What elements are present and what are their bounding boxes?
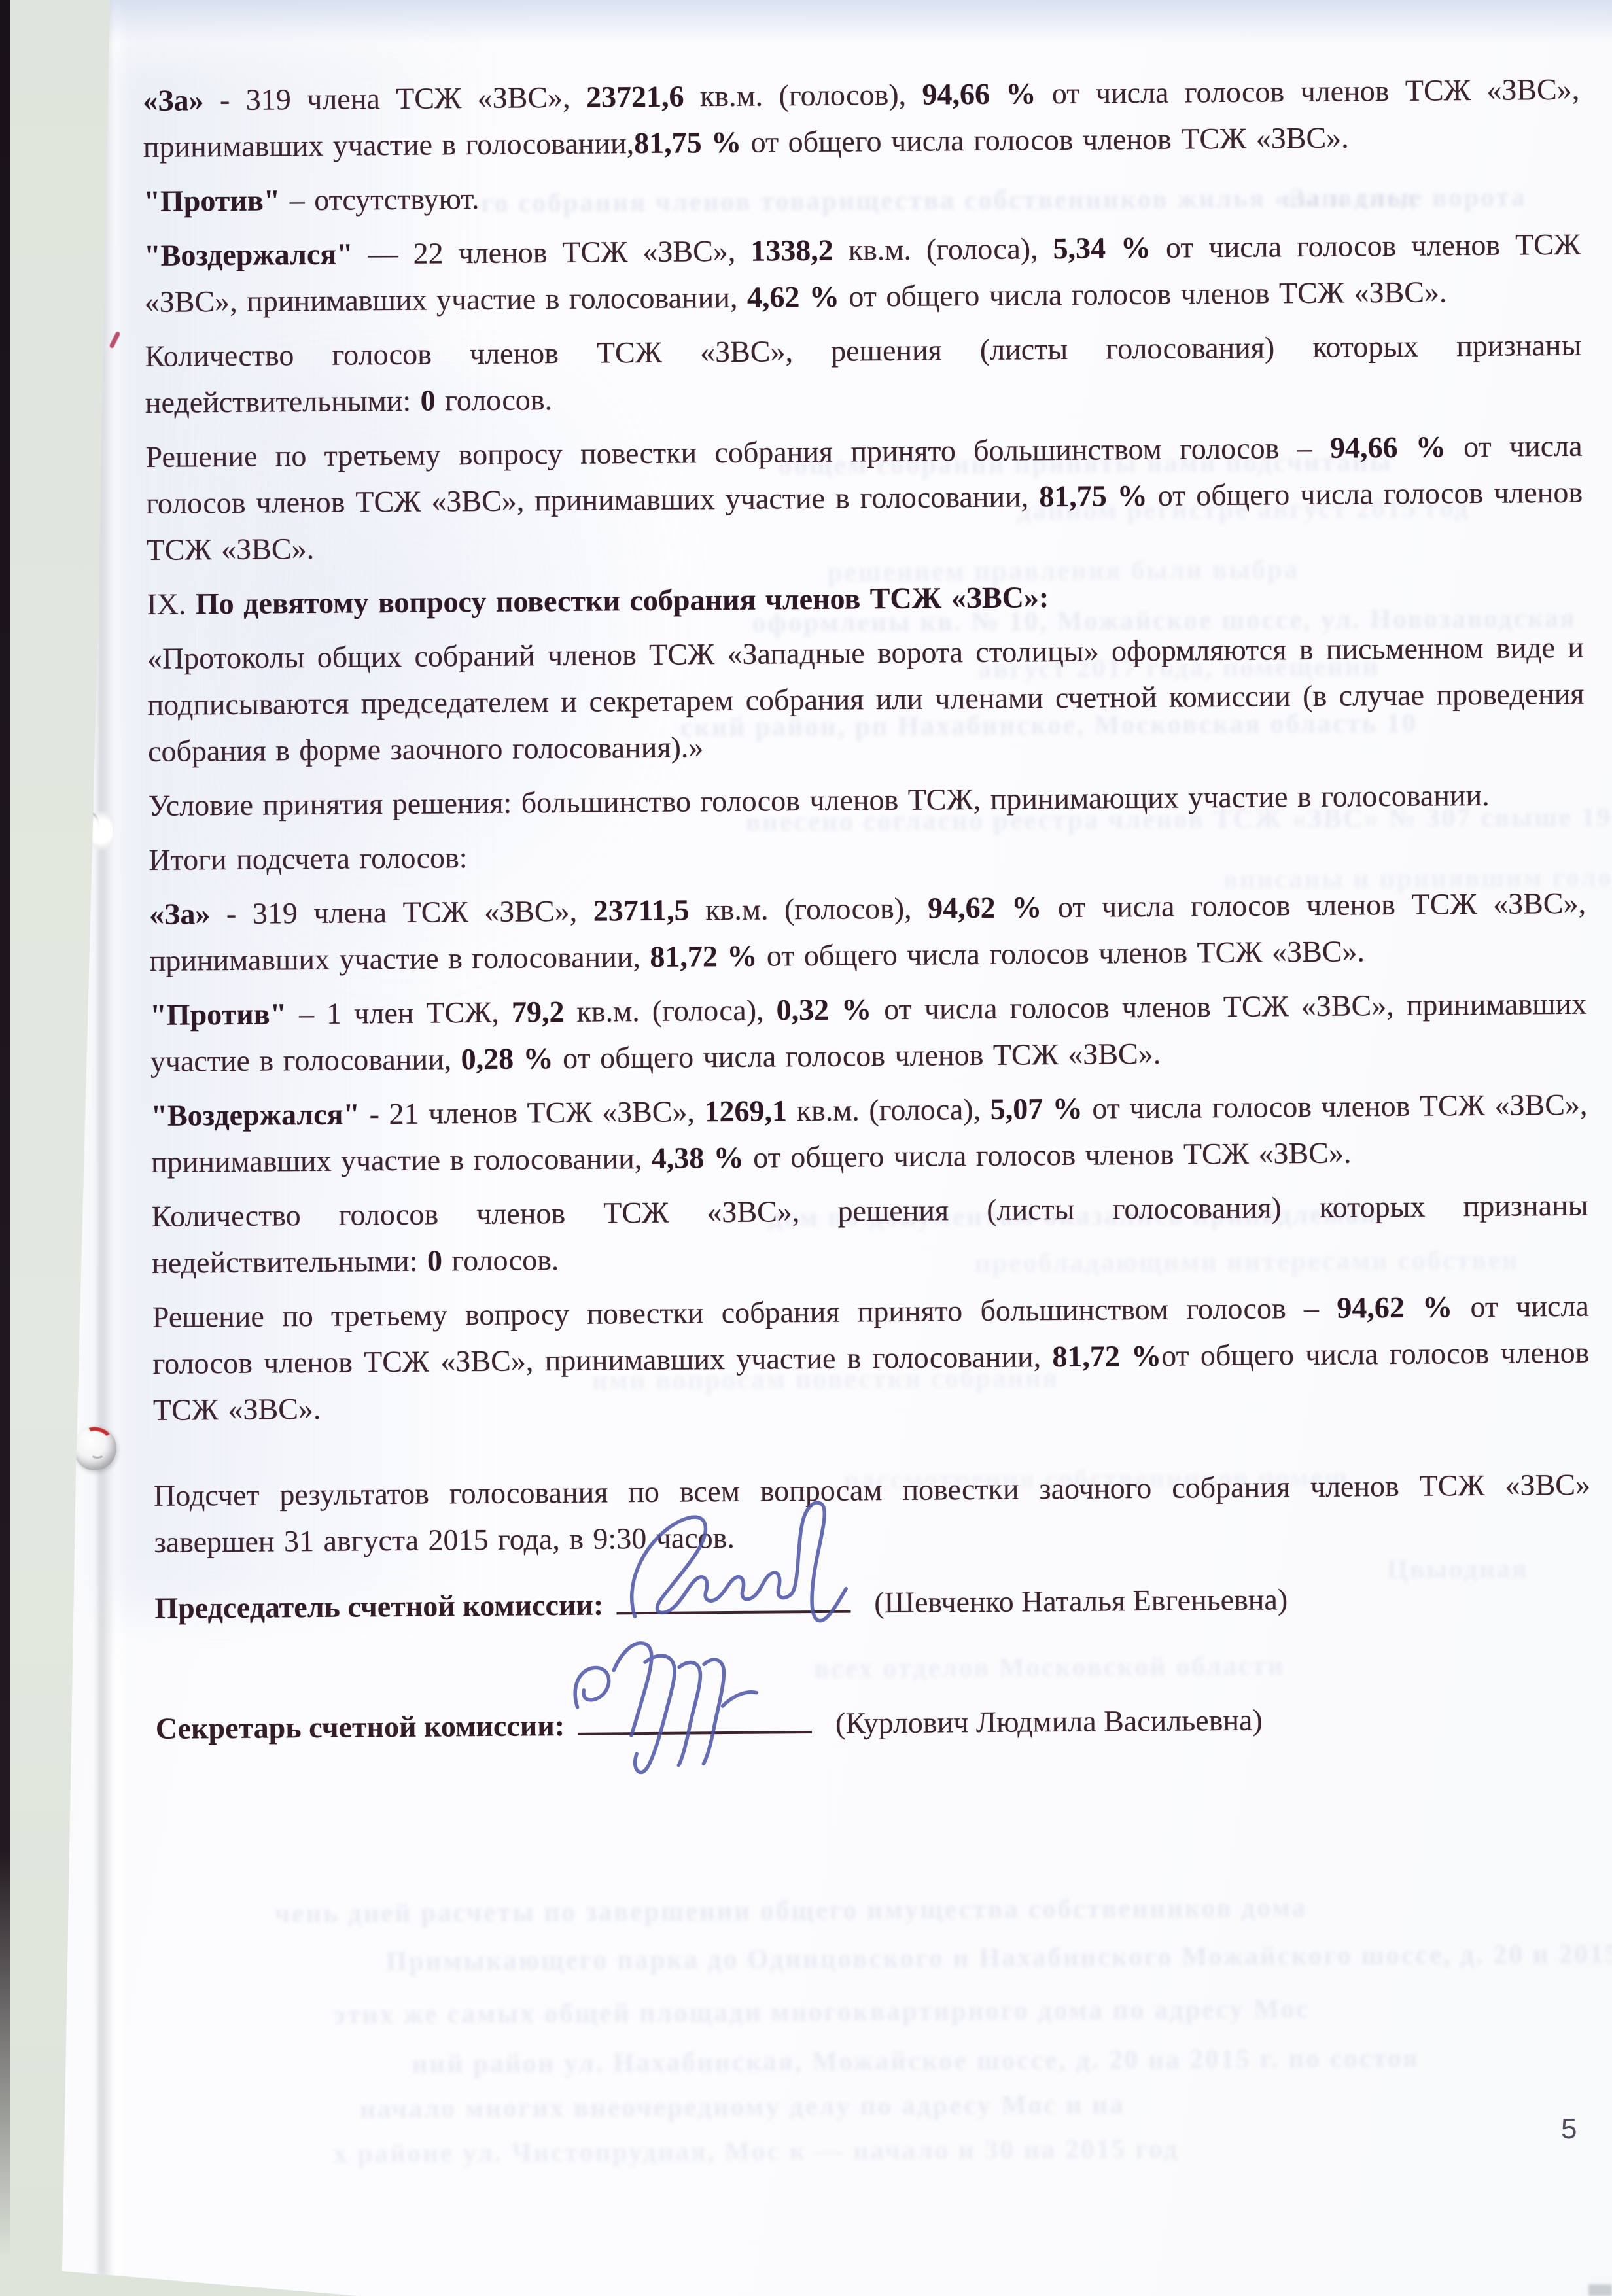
bleed-through-text: х районе ул. Чистопрудная, Мос к — начал… [334, 2135, 1180, 2167]
document-body: «За» - 319 члена ТСЖ «ЗВС», 23721,6 кв.м… [143, 66, 1592, 1752]
paragraph: «За» - 319 члена ТСЖ «ЗВС», 23721,6 кв.м… [143, 66, 1580, 170]
bleed-through-text: этих же самых общей площади многоквартир… [334, 1995, 1310, 2028]
text-segment: Решение по третьему вопросу повестки соб… [145, 431, 1330, 474]
signature-block-chairman: Председатель счетной комиссии:(Шевченко … [154, 1574, 1591, 1631]
paragraph: Количество голосов членов ТСЖ «ЗВС», реш… [151, 1182, 1588, 1286]
text-segment: Условие принятия решения: большинство го… [149, 778, 1490, 822]
text-segment: 0 [427, 1244, 442, 1277]
text-segment: IX. [147, 587, 196, 621]
text-segment: 81,75 % [1039, 479, 1148, 513]
text-segment: Решение по третьему вопросу повестки соб… [152, 1291, 1337, 1334]
text-segment: 94,62 % [928, 890, 1042, 924]
text-segment: от общего числа голосов членов ТСЖ «ЗВС»… [553, 1037, 1161, 1075]
section-heading: IX. По девятому вопросу повестки собрани… [147, 570, 1583, 627]
paragraph: «За» - 319 члена ТСЖ «ЗВС», 23711,5 кв.м… [149, 880, 1586, 984]
paragraph: Количество голосов членов ТСЖ «ЗВС», реш… [145, 322, 1582, 426]
text-segment: Количество голосов членов ТСЖ «ЗВС», реш… [151, 1189, 1588, 1279]
text-segment: 79,2 [512, 995, 565, 1029]
bleed-through-text: начало многих внеочередному делу по адре… [360, 2091, 1125, 2122]
scanned-document-page: { "page": { "number": "5" }, "document":… [0, 0, 1612, 2296]
text-segment: — 22 членов ТСЖ «ЗВС», [353, 234, 750, 271]
scan-corner-blot [1588, 2284, 1612, 2296]
text-segment: 81,75 % [634, 126, 741, 160]
paragraph: "Воздержался" — 22 членов ТСЖ «ЗВС», 133… [144, 221, 1581, 325]
text-segment: кв.м. (голоса), [833, 232, 1053, 267]
text-segment: - 21 членов ТСЖ «ЗВС», [360, 1094, 705, 1130]
text-segment: 0,28 % [461, 1041, 553, 1075]
text-segment: 94,66 % [922, 77, 1036, 111]
text-segment: кв.м. (голоса), [564, 993, 777, 1028]
text-segment: - 319 члена ТСЖ «ЗВС», [203, 80, 586, 117]
paragraph: «Протоколы общих собраний членов ТСЖ «За… [147, 624, 1585, 774]
text-segment: 94,62 % [1337, 1290, 1452, 1324]
text-segment: 94,66 % [1330, 430, 1446, 464]
text-segment: Подсчет результатов голосования по всем … [154, 1468, 1590, 1559]
text-segment: 81,72 % [650, 939, 757, 973]
text-segment: 23721,6 [586, 80, 684, 114]
text-segment: "Против" [150, 997, 287, 1032]
text-segment: 1338,2 [750, 234, 833, 268]
bleed-through-text: Примыкающего парка до Одинцовского и Нах… [386, 1940, 1612, 1975]
text-segment: Итоги подсчета голосов: [149, 841, 468, 877]
text-segment: "Воздержался" [144, 237, 353, 272]
text-segment: «За» [143, 83, 204, 117]
text-segment: голосов. [435, 383, 552, 417]
paragraph: Подсчет результатов голосования по всем … [154, 1461, 1591, 1565]
text-segment: Количество голосов членов ТСЖ «ЗВС», реш… [145, 328, 1581, 419]
text-segment: 4,62 % [747, 280, 839, 314]
text-segment: – 1 член ТСЖ, [287, 996, 512, 1031]
scanner-edge-strip [0, 0, 10, 2258]
paper-sheet: го собрания членов товарищества собствен… [0, 0, 1612, 2296]
text-segment: 81,72 % [1052, 1339, 1161, 1373]
text-segment: от общего числа голосов членов ТСЖ «ЗВС»… [839, 275, 1447, 313]
text-segment: – отсутствуют. [280, 182, 480, 217]
text-segment: кв.м. (голосов), [684, 78, 922, 113]
text-segment: от общего числа голосов членов ТСЖ «ЗВС»… [741, 121, 1349, 159]
text-segment: - 319 члена ТСЖ «ЗВС», [210, 894, 593, 931]
text-segment: 0,32 % [776, 992, 871, 1026]
binder-hole-mark [81, 811, 113, 850]
text-segment: "Против" [143, 183, 280, 218]
text-segment: кв.м. (голосов), [689, 892, 928, 927]
text-segment: 4,38 % [652, 1141, 744, 1175]
signature-line [616, 1605, 850, 1615]
text-segment: от общего числа голосов членов ТСЖ «ЗВС»… [744, 1136, 1352, 1174]
signature-name: (Курлович Людмила Васильевна) [835, 1697, 1263, 1747]
text-segment: от общего числа голосов членов ТСЖ «ЗВС»… [757, 934, 1365, 972]
bleed-through-text: ний район ул. Нахабинская, Можайское шос… [412, 2044, 1419, 2077]
page-number: 5 [1561, 2113, 1577, 2146]
paragraph: "Против" – отсутствуют. [143, 167, 1580, 224]
signature-line [578, 1726, 812, 1735]
signature-role-label: Секретарь счетной комиссии: [156, 1702, 565, 1752]
text-segment: 23711,5 [593, 893, 689, 927]
paragraph: Решение по третьему вопросу повестки соб… [145, 423, 1583, 573]
text-segment: "Воздержался" [150, 1097, 360, 1132]
text-segment: кв.м. (голоса), [787, 1092, 990, 1127]
text-segment: По девятому вопросу повестки собрания чл… [196, 580, 1049, 620]
paragraph: Решение по третьему вопросу повестки соб… [152, 1283, 1590, 1433]
text-segment: 0 [420, 384, 435, 417]
paragraph: "Против" – 1 член ТСЖ, 79,2 кв.м. (голос… [150, 981, 1587, 1085]
binder-fastener [73, 1426, 116, 1470]
text-segment: «Протоколы общих собраний членов ТСЖ «За… [147, 631, 1585, 768]
text-segment: 5,34 % [1053, 231, 1151, 265]
text-segment: «За» [149, 897, 211, 931]
text-segment: голосов. [442, 1243, 559, 1277]
bleed-through-text: чень дней расчеты по завершении общего и… [275, 1894, 1307, 1927]
signature-role-label: Председатель счетной комиссии: [154, 1582, 603, 1631]
text-segment: 1269,1 [704, 1094, 787, 1128]
paragraph: Условие принятия решения: большинство го… [148, 771, 1585, 829]
text-segment: 5,07 % [990, 1092, 1083, 1126]
paragraph: "Воздержался" - 21 членов ТСЖ «ЗВС», 126… [150, 1081, 1588, 1185]
paragraph: Итоги подсчета голосов: [149, 826, 1585, 883]
signature-name: (Шевченко Наталья Евгеньевна) [874, 1576, 1288, 1626]
